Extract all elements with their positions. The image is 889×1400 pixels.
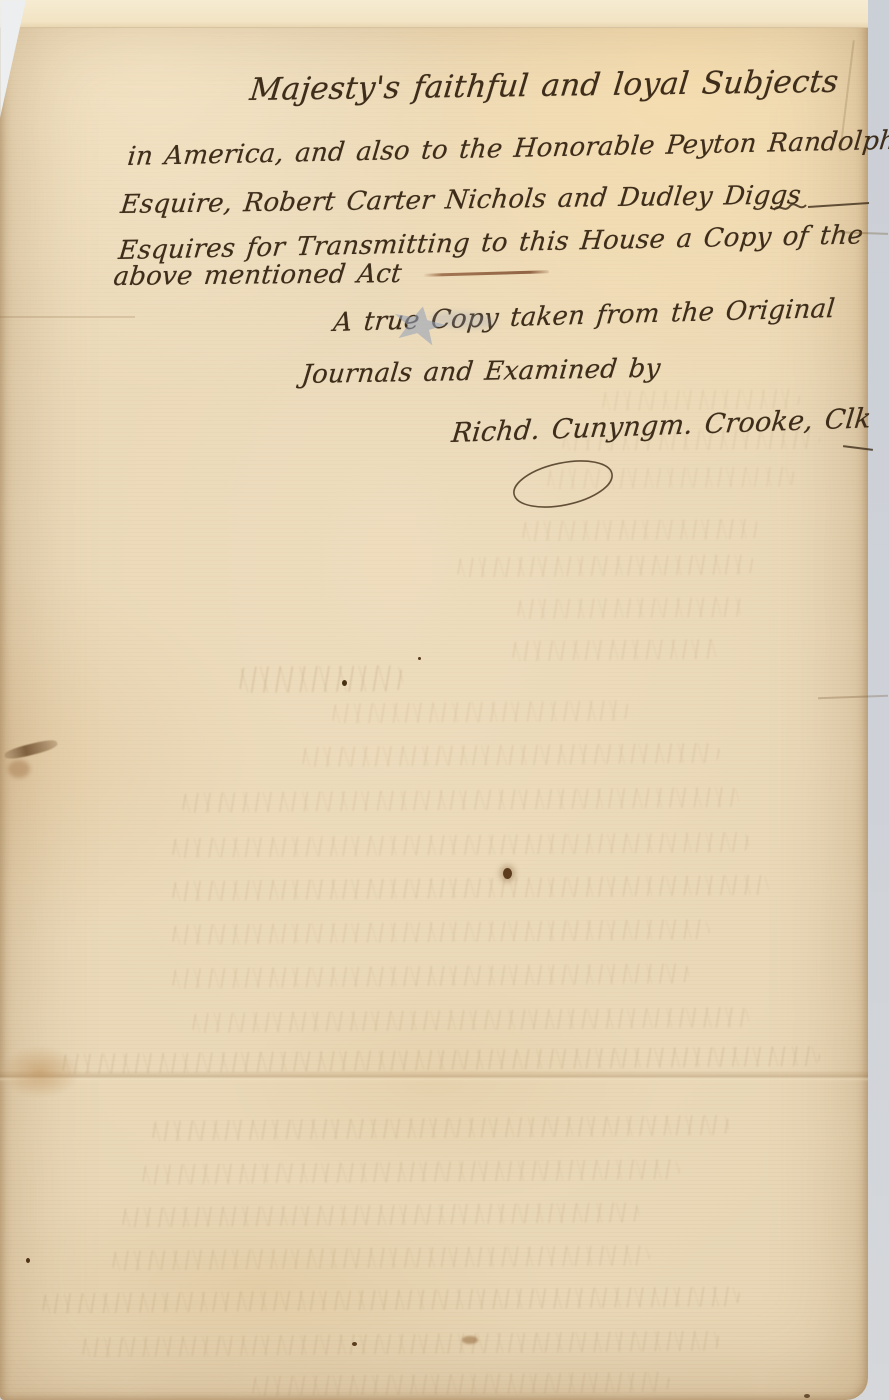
fold-stain [0, 1046, 80, 1098]
manuscript-line: in America, and also to the Honorable Pe… [126, 126, 889, 172]
scratched-out-word [772, 196, 872, 218]
bleedthrough-line [170, 919, 710, 945]
bleedthrough-line [520, 519, 760, 542]
signature-flourish-loop [505, 452, 625, 516]
fold-crease [0, 1070, 868, 1082]
ink-stain [418, 657, 421, 660]
bleedthrough-line [150, 1115, 730, 1141]
bleedthrough-line [140, 1159, 680, 1185]
bleedthrough-line [330, 700, 630, 723]
bleedthrough-line [190, 1007, 750, 1033]
bleedthrough-line [170, 875, 770, 901]
manuscript-line: Esquires for Transmitting to this House … [117, 220, 865, 266]
bleedthrough-line [120, 1202, 640, 1227]
bleedthrough-line [40, 1286, 740, 1313]
bleedthrough-line [510, 639, 720, 661]
bleedthrough-line [455, 554, 755, 577]
bleedthrough-line [170, 832, 750, 858]
manuscript-line: above mentioned Act [112, 259, 403, 292]
bleedthrough-line [515, 597, 745, 619]
flourish-dash [423, 270, 549, 277]
edge-crease [818, 695, 888, 699]
bleedthrough-line [300, 743, 720, 767]
bleedthrough-line [250, 1372, 670, 1396]
ink-stain [462, 1336, 478, 1344]
bleedthrough-line [80, 1331, 720, 1358]
ink-stain [503, 868, 512, 879]
bleedthrough-line [180, 787, 740, 813]
bleedthrough-line [170, 963, 690, 988]
ink-stain [342, 680, 347, 686]
manuscript-page: Majesty's faithful and loyal Subjects in… [0, 0, 868, 1400]
ink-stain [26, 1258, 30, 1263]
manuscript-line: Majesty's faithful and loyal Subjects [248, 64, 840, 108]
bleedthrough-line [110, 1245, 650, 1271]
bleedthrough-line [238, 665, 403, 693]
ink-stain [352, 1342, 357, 1346]
manuscript-line: Esquire, Robert Carter Nichols and Dudle… [119, 180, 803, 220]
paper-top-edge [0, 0, 868, 28]
ink-stain [804, 1394, 810, 1398]
edge-crease [0, 316, 135, 318]
signature-dash [843, 445, 873, 451]
attestation-line: Journals and Examined by [300, 354, 662, 390]
ink-stain [8, 760, 30, 778]
ink-stain [3, 738, 58, 762]
